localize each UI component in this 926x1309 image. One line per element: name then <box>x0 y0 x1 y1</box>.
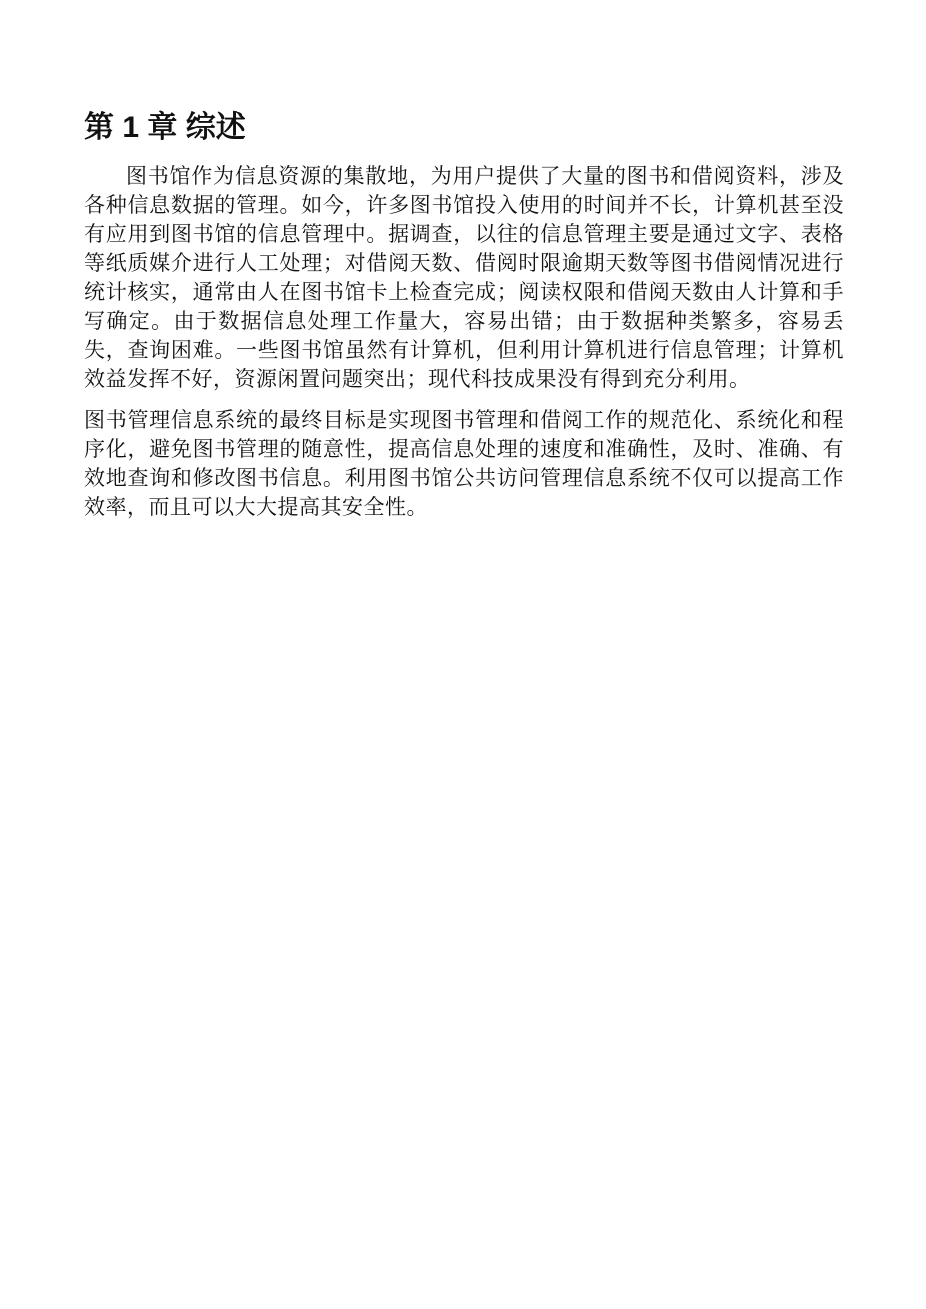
document-page: 第 1 章 综述 图书馆作为信息资源的集散地，为用户提供了大量的图书和借阅资料，… <box>0 0 926 1309</box>
paragraph-1: 图书馆作为信息资源的集散地，为用户提供了大量的图书和借阅资料，涉及各种信息数据的… <box>84 162 844 394</box>
paragraph-2: 图书管理信息系统的最终目标是实现图书管理和借阅工作的规范化、系统化和程序化，避免… <box>84 406 844 522</box>
document-content: 第 1 章 综述 图书馆作为信息资源的集散地，为用户提供了大量的图书和借阅资料，… <box>84 110 844 522</box>
chapter-title: 第 1 章 综述 <box>84 110 844 146</box>
